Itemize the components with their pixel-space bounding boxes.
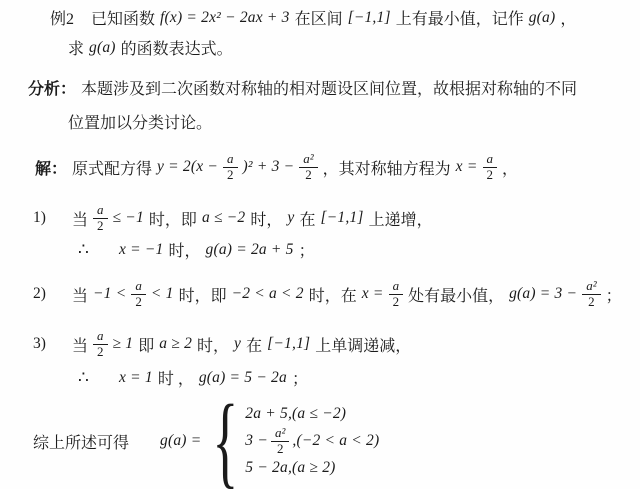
case3-condition: ≥ 1 xyxy=(113,335,134,353)
fraction-a2-over-2: a²2 xyxy=(299,152,317,183)
statement2-text-2: 的函数表达式。 xyxy=(121,36,233,59)
fraction-denominator: 2 xyxy=(223,168,238,183)
case2-number: 2) xyxy=(33,285,67,303)
ga-symbol-2: g(a) xyxy=(89,39,116,57)
example-statement-line1: 例2 已知函数 f(x) = 2x² − 2ax + 3 在区间 [−1,1] … xyxy=(50,6,576,29)
piecewise-case-2: 3 − a²2 ,(−2 < a < 2) xyxy=(245,426,379,457)
piecewise-case-3-expr: 5 − 2a,(a ≥ 2) xyxy=(245,459,335,477)
case2-x-eq: x = xyxy=(362,285,384,303)
conclusion-line: 综上所述可得 g(a) = { 2a + 5,(a ≤ −2) 3 − a²2 … xyxy=(33,398,379,484)
piecewise-case-3: 5 − 2a,(a ≥ 2) xyxy=(245,459,379,477)
analysis-text-1: 本题涉及到二次函数对称轴的相对题设区间位置，故根据对称轴的不同 xyxy=(81,76,577,99)
piecewise-brace: { xyxy=(212,390,238,489)
case3-semicolon: ； xyxy=(292,366,308,389)
statement-text-1: 已知函数 xyxy=(91,6,155,29)
fraction-denominator: 2 xyxy=(483,168,498,183)
fraction-a-over-2: a2 xyxy=(223,152,238,183)
case1-text-2: 时，即 xyxy=(149,207,197,230)
case1-text-3: 时， xyxy=(250,207,282,230)
fraction-denominator: 2 xyxy=(93,219,108,234)
piecewise-case-2-cond: ,(−2 < a < 2) xyxy=(292,432,379,450)
fraction-numerator: a² xyxy=(582,279,600,295)
case3-line2: ∴ x = 1 时 ， g(a) = 5 − 2a ； xyxy=(78,366,308,389)
axis-equation-pre: x = xyxy=(456,158,478,176)
piecewise-cases: 2a + 5,(a ≤ −2) 3 − a²2 ,(−2 < a < 2) 5 … xyxy=(245,405,379,478)
analysis-text-2: 位置加以分类讨论。 xyxy=(68,110,212,133)
therefore-symbol: ∴ xyxy=(78,368,114,388)
case1-semicolon: ； xyxy=(299,238,315,261)
fraction-a2-over-2: a²2 xyxy=(582,279,600,310)
y-symbol: y xyxy=(287,209,294,227)
fraction-numerator: a xyxy=(93,329,108,345)
fraction-denominator: 2 xyxy=(273,442,288,457)
case2-result-pre: g(a) = 3 − xyxy=(509,285,577,303)
case3-line1: 3) 当 a2 ≥ 1 即 a ≥ 2 时， y 在 [−1,1] 上单调递减， xyxy=(33,323,411,365)
piecewise-case-1: 2a + 5,(a ≤ −2) xyxy=(245,405,379,423)
case1-condition-a: a ≤ −2 xyxy=(202,209,245,227)
fraction-numerator: a xyxy=(131,279,146,295)
case1-line2: ∴ x = −1 时， g(a) = 2a + 5 ； xyxy=(78,238,315,261)
fraction-denominator: 2 xyxy=(389,295,404,310)
case2-ineq-left: −1 < xyxy=(93,285,126,303)
statement-text-3: 上有最小值，记作 xyxy=(396,6,524,29)
statement2-text-1: 求 xyxy=(68,36,84,59)
case3-text-3: 时， xyxy=(197,333,229,356)
fraction-denominator: 2 xyxy=(131,295,146,310)
case2-text-2: 时，即 xyxy=(179,283,227,306)
case1-text-1: 当 xyxy=(72,207,88,230)
fraction-numerator: a xyxy=(483,152,498,168)
case2-condition-a: −2 < a < 2 xyxy=(232,285,304,303)
fraction-a-over-2: a2 xyxy=(93,203,108,234)
axis-text: ，其对称轴方程为 xyxy=(323,156,451,179)
solution-intro: 原式配方得 xyxy=(72,156,152,179)
fraction-a-over-2: a2 xyxy=(483,152,498,183)
piecewise-lhs: g(a) = xyxy=(160,432,201,450)
case1-result: g(a) = 2a + 5 xyxy=(206,241,294,259)
case3-text-6: 时 ， xyxy=(158,366,194,389)
completed-square-mid: )² + 3 − xyxy=(243,158,295,176)
analysis-line1: 分析： 本题涉及到二次函数对称轴的相对题设区间位置，故根据对称轴的不同 xyxy=(28,76,577,99)
ga-symbol: g(a) xyxy=(529,9,556,27)
fraction-numerator: a xyxy=(93,203,108,219)
fraction-a2-over-2: a²2 xyxy=(271,426,289,457)
piecewise-case-1-expr: 2a + 5,(a ≤ −2) xyxy=(245,405,346,423)
completed-square-pre: y = 2(x − xyxy=(157,158,218,176)
statement-text-2: 在区间 xyxy=(295,6,343,29)
case2-line: 2) 当 −1 < a2 < 1 时，即 −2 < a < 2 时，在 x = … xyxy=(33,272,622,316)
case1-text-6: 时， xyxy=(169,238,201,261)
case1-number: 1) xyxy=(33,209,67,227)
analysis-line2: 位置加以分类讨论。 xyxy=(68,110,212,133)
example-statement-line2: 求 g(a) 的函数表达式。 xyxy=(68,36,233,59)
analysis-label: 分析： xyxy=(28,76,76,99)
case2-semicolon: ； xyxy=(606,283,622,306)
example-number: 例2 xyxy=(50,6,74,29)
fraction-numerator: a xyxy=(389,279,404,295)
interval-notation: [−1,1] xyxy=(267,335,310,353)
solution-comma: ， xyxy=(502,156,518,179)
formula-fx: f(x) = 2x² − 2ax + 3 xyxy=(160,9,290,27)
fraction-a-over-2: a2 xyxy=(131,279,146,310)
case2-ineq-right: < 1 xyxy=(151,285,174,303)
case2-text-1: 当 xyxy=(72,283,88,306)
case3-number: 3) xyxy=(33,335,67,353)
case3-text-5: 上单调递减， xyxy=(315,333,411,356)
case3-text-1: 当 xyxy=(72,333,88,356)
fraction-numerator: a² xyxy=(299,152,317,168)
fraction-denominator: 2 xyxy=(584,295,599,310)
statement-comma: ， xyxy=(560,6,576,29)
case1-condition: ≤ −1 xyxy=(113,209,144,227)
conclusion-text: 综上所述可得 xyxy=(33,430,129,453)
case2-text-3: 时，在 xyxy=(309,283,357,306)
fraction-denominator: 2 xyxy=(301,168,316,183)
case1-line1: 1) 当 a2 ≤ −1 时，即 a ≤ −2 时， y 在 [−1,1] 上递… xyxy=(33,197,433,239)
therefore-symbol: ∴ xyxy=(78,240,114,260)
piecewise-case-2-pre: 3 − xyxy=(245,432,268,450)
solution-line: 解： 原式配方得 y = 2(x − a2 )² + 3 − a²2 ，其对称轴… xyxy=(35,146,518,188)
solution-label: 解： xyxy=(35,156,67,179)
y-symbol: y xyxy=(234,335,241,353)
case3-text-2: 即 xyxy=(138,333,154,356)
case1-text-4: 在 xyxy=(299,207,315,230)
fraction-a-over-2: a2 xyxy=(389,279,404,310)
case1-x-value: x = −1 xyxy=(119,241,164,259)
case1-text-5: 上递增， xyxy=(369,207,433,230)
interval-notation: [−1,1] xyxy=(320,209,363,227)
fraction-numerator: a² xyxy=(271,426,289,442)
case2-text-4: 处有最小值， xyxy=(408,283,504,306)
interval-notation: [−1,1] xyxy=(348,9,391,27)
fraction-a-over-2: a2 xyxy=(93,329,108,360)
fraction-denominator: 2 xyxy=(93,345,108,360)
fraction-numerator: a xyxy=(223,152,238,168)
case3-condition-a: a ≥ 2 xyxy=(159,335,192,353)
document-page: 例2 已知函数 f(x) = 2x² − 2ax + 3 在区间 [−1,1] … xyxy=(0,0,640,489)
case3-x-value: x = 1 xyxy=(119,369,153,387)
case3-text-4: 在 xyxy=(246,333,262,356)
